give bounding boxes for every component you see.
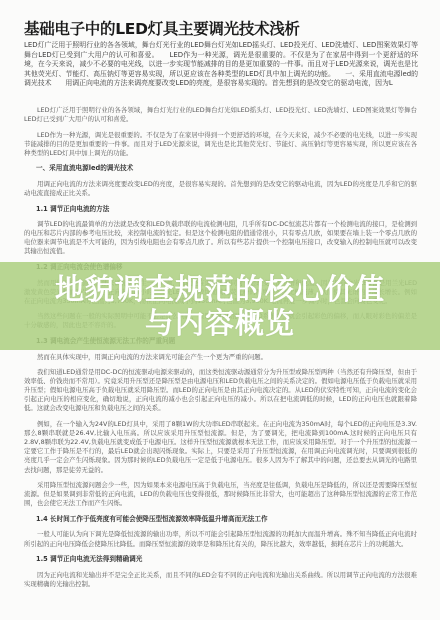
paragraph: 然而在具体实现中，用调正向电流的方法来调光可能会产生一个更为严重的问题。 [24,353,417,362]
section-heading: 一、采用直流电源led的调光技术 [36,164,417,173]
paragraph: 例如，在一个输入为24V的LED灯具中，采用了8颗1W的大功率LED串联起来。在… [24,420,417,475]
section-heading: 1.5 调节正向电流无法得到精确调光 [36,555,417,564]
paragraph: 一般人可能认为向下调光是降低恒流源的输出功率，所以不可能会引起降压型恒流源的功耗… [24,530,417,548]
document-title: 基础电子中的LED灯具主要调光技术浅析 [24,17,300,39]
banner-title-line-1: 地貌调查规范的核心价值 [55,272,385,306]
paragraph: LED作为一种光源，调光是很重要的。不仅是为了在家居中得到一个更舒适的环境，在今… [24,131,417,158]
paragraph: 我们知道LED通常是用DC-DC的恒流驱动电源来驱动的，而这类恒流驱动源通常分为… [24,368,417,413]
document-body: LED灯广泛用于照明行业的各各领域，舞台灯光行业的LED舞台灯光如LED摇头灯、… [24,106,417,595]
paragraph: 因为正向电流和光输出并不是完全正比关系，而且不同的LED会有不同的正向电流和光输… [24,571,417,589]
paragraph: 采用降压型恒流源问题会少一些，因为如果本来电源电压高于负载电压，当亮度是往低调，… [24,481,417,508]
banner-title-line-2: 与内容概览 [145,306,295,340]
paragraph: 用调正向电流的方法来调亮度要改变LED的亮度，是很容易实现的。首先想到的是改变它… [24,180,417,198]
intro-paragraph: LED灯广泛用于照明行业的各各领域，舞台灯光行业的LED舞台灯光如LED摇头灯、… [24,41,418,89]
document-page: 基础电子中的LED灯具主要调光技术浅析 LED灯广泛用于照明行业的各各领域，舞台… [0,0,440,620]
section-heading: 1.4 长时间工作于低亮度有可能会使降压型恒流源效率降低温升增高而无法工作 [36,515,417,524]
paragraph: LED灯广泛用于照明行业的各各领域，舞台灯光行业的LED舞台灯光如LED摇头灯、… [24,106,417,124]
section-heading: 1.1 调节正向电流的方法 [36,205,417,214]
paragraph: 调节LED的电流最简单的方法就是改变和LED负载串联的电流检测电阻，几乎所有DC… [24,220,417,256]
title-overlay-banner: 地貌调查规范的核心价值 与内容概览 [0,262,440,350]
